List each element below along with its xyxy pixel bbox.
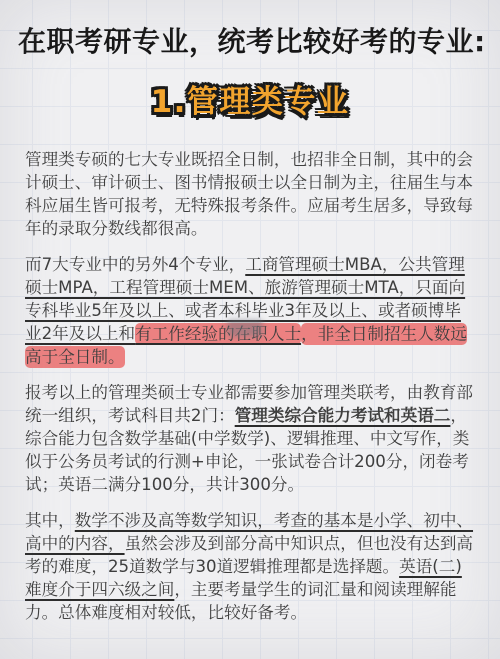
paragraph: 报考以上的管理类硕士专业都需要参加管理类联考，由教育部统一组织，考试科目共2门：… — [25, 381, 475, 496]
text-segment-normal: 管理类专硕的七大专业既招全日制，也招非全日制，其中的会计硕士、审计硕士、图书情报… — [25, 150, 473, 238]
section-heading: 1.管理类专业 — [0, 76, 500, 121]
text-segment-normal: 而7大专业中的另外4个专业， — [25, 255, 245, 274]
paragraph: 其中，数学不涉及高等数学知识，考查的基本是小学、初中、高中的内容，虽然会涉及到部… — [25, 509, 475, 624]
body-paragraphs: 管理类专硕的七大专业既招全日制，也招非全日制，其中的会计硕士、审计硕士、图书情报… — [25, 148, 475, 624]
paragraph: 而7大专业中的另外4个专业，工商管理硕士MBA，公共管理硕士MPA，工程管理硕士… — [25, 253, 475, 368]
note-card: 在职考研专业，统考比较好考的专业: 1.管理类专业 管理类专硕的七大专业既招全日… — [0, 0, 500, 659]
text-segment-normal: 其中， — [25, 511, 75, 530]
text-segment-underline-highlight: 有工作经验的在职人士 — [135, 323, 301, 345]
paragraph: 管理类专硕的七大专业既招全日制，也招非全日制，其中的会计硕士、审计硕士、图书情报… — [25, 148, 475, 240]
page-title: 在职考研专业，统考比较好考的专业: — [18, 24, 486, 60]
text-segment-bold-underline: 管理类综合能力考试和英语二 — [235, 406, 451, 425]
